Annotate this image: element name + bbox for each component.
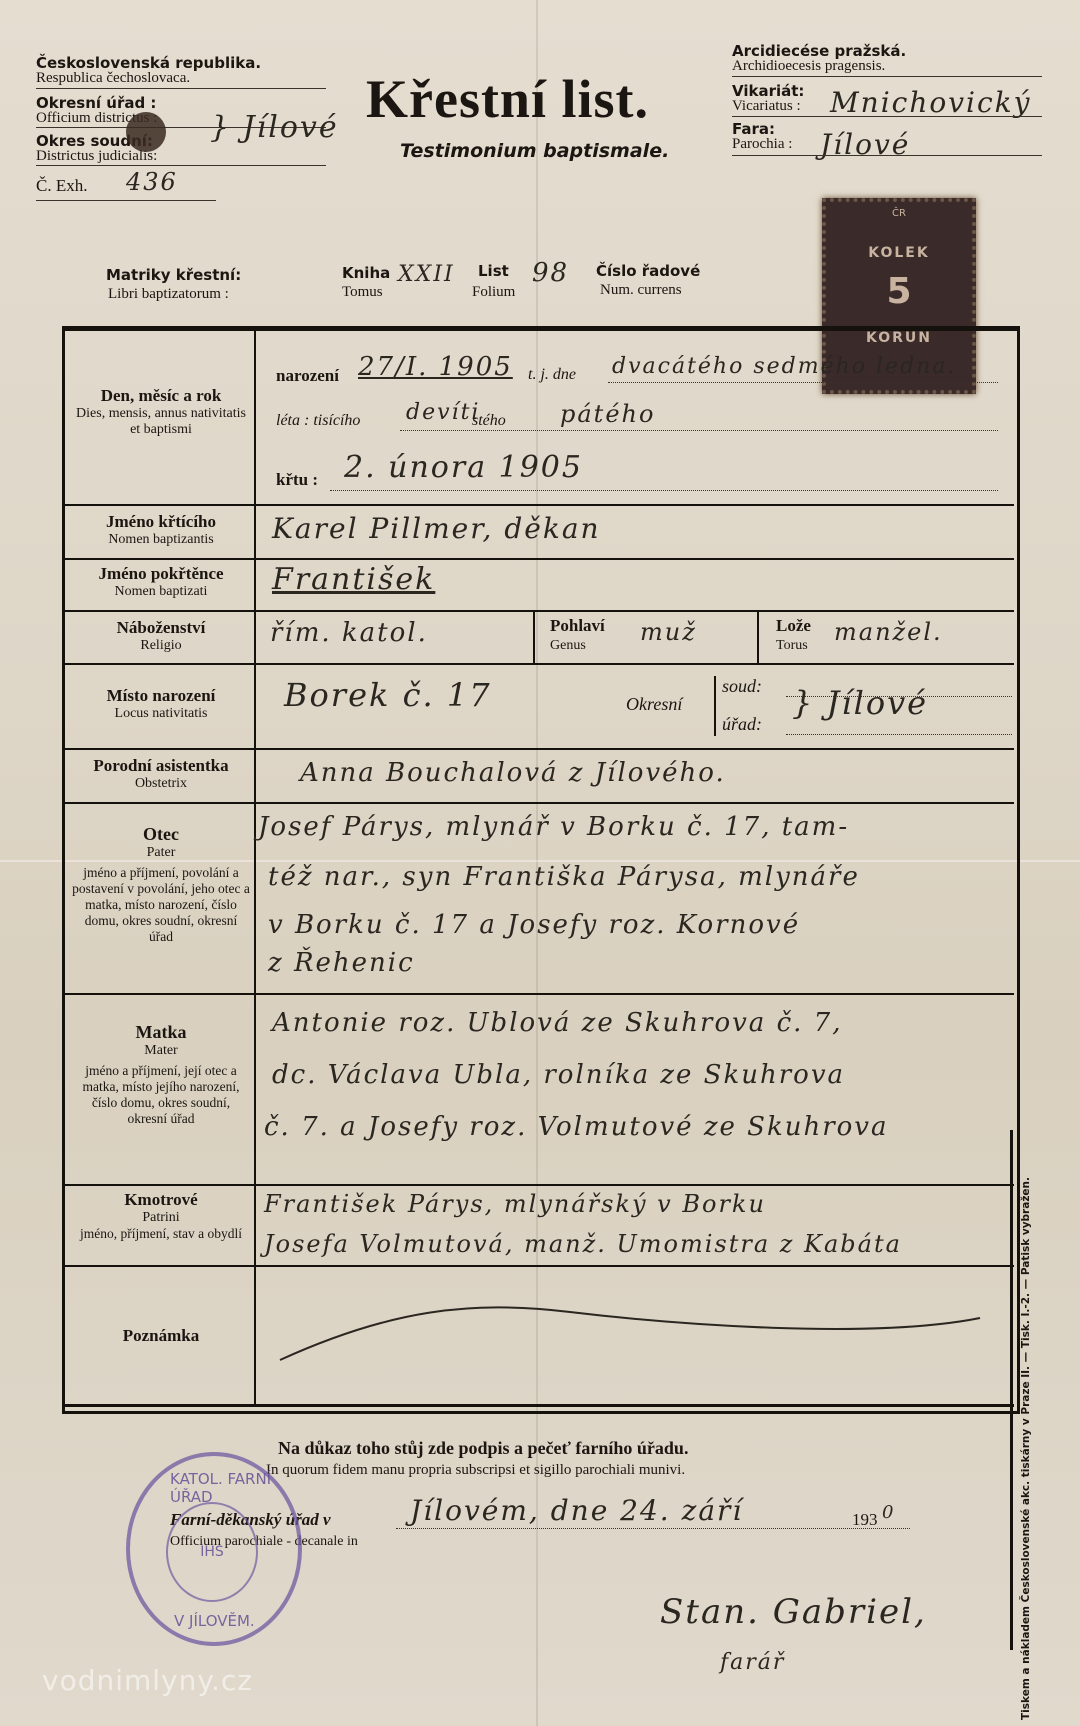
signature: Stan. Gabriel, [660, 1592, 927, 1632]
column-divider [757, 610, 759, 663]
mother-label: Matka Mater jméno a příjmení, její otec … [72, 1022, 250, 1127]
parish-value: Jílové [820, 128, 910, 161]
divider [36, 88, 326, 89]
father-line-1: Josef Párys, mlynář v Borku č. 17, tam- [258, 812, 849, 842]
district-value: } Jílové [210, 110, 339, 145]
attestation-la: In quorum fidem manu propria subscripsi … [266, 1462, 685, 1479]
baptizer-value: Karel Pillmer, děkan [272, 512, 601, 545]
baptizer-label-cz: Jméno křtícího [72, 512, 250, 532]
religion-value: řím. katol. [270, 618, 428, 648]
father-label: Otec Pater jméno a příjmení, povolání a … [72, 824, 250, 945]
year-mid-label: stého [472, 412, 506, 430]
sheet-label-cz: List [478, 262, 509, 280]
column-divider [254, 331, 256, 1406]
baptism-label: křtu : [276, 470, 318, 490]
birthplace-label: Místo narození Locus nativitatis [72, 686, 250, 722]
registry-label-la: Libri baptizatorum : [108, 286, 229, 303]
birthplace-value: Borek č. 17 [284, 676, 492, 714]
baptized-label-cz: Jméno pokřtěnce [72, 564, 250, 584]
serial-number-label-la: Num. currens [600, 282, 682, 299]
baptized-value: František [272, 562, 435, 597]
seal-bottom-text: V JÍLOVĚM. [174, 1612, 255, 1630]
father-line-2: též nar., syn Františka Párysa, mlynáře [268, 862, 860, 892]
tj-label: t. j. dne [528, 366, 576, 384]
birth-district-value: } Jílové [792, 684, 928, 722]
dotted-line [608, 382, 998, 383]
row-divider [65, 558, 1014, 560]
brace [714, 676, 716, 736]
sex-value: muž [640, 618, 697, 646]
vicariate-label-la: Vicariatus : [732, 98, 801, 115]
divider [732, 76, 1042, 77]
row-divider [65, 1265, 1014, 1267]
court-label: soud: [722, 676, 762, 697]
religion-label: Náboženství Religio [72, 618, 250, 654]
ink-blot [126, 112, 166, 152]
book-label-la: Tomus [342, 284, 383, 301]
tax-stamp-label: KOLEK [826, 245, 972, 261]
father-line-3: v Borku č. 17 a Josefy roz. Kornové [268, 910, 800, 940]
baptized-label: Jméno pokřtěnce Nomen baptizati [72, 564, 250, 600]
seal-center: IHS [166, 1502, 258, 1602]
godparents-label-la: Patrini [72, 1210, 250, 1226]
divider [36, 200, 216, 201]
year-suffix-value: 0 [882, 1502, 895, 1523]
birth-date-value: 27/I. 1905 [358, 352, 513, 382]
attestation-cz: Na důkaz toho stůj zde podpis a pečeť fa… [278, 1438, 688, 1459]
dotted-line [786, 734, 1012, 735]
side-rule [1010, 1130, 1013, 1650]
place-date-value: Jílovém, dne 24. září [410, 1494, 743, 1527]
baptizer-label-la: Nomen baptizantis [72, 532, 250, 548]
printer-note: Tiskem a nákladem Československé akc. ti… [1020, 1040, 1032, 1720]
date-label-cz: Den, měsíc a rok [72, 386, 250, 406]
father-description: jméno a příjmení, povolání a postavení v… [72, 865, 250, 945]
row-divider [65, 993, 1014, 995]
godparents-label-cz: Kmotrové [72, 1190, 250, 1210]
sheet-value: 98 [532, 258, 569, 288]
midwife-label-la: Obstetrix [72, 776, 250, 792]
religion-label-cz: Náboženství [72, 618, 250, 638]
baptizer-label: Jméno křtícího Nomen baptizantis [72, 512, 250, 548]
mother-line-1: Antonie roz. Ublová ze Skuhrova č. 7, [272, 1008, 842, 1038]
sex-label-cz: Pohlaví [550, 616, 605, 636]
divider [732, 116, 1042, 117]
row-divider [65, 802, 1014, 804]
row-divider [65, 748, 1014, 750]
tax-stamp-top: ČR [826, 208, 972, 219]
midwife-label-cz: Porodní asistentka [72, 756, 250, 776]
godparents-label: Kmotrové Patrini jméno, příjmení, stav a… [72, 1190, 250, 1242]
tax-stamp-value: 5 [826, 271, 972, 312]
divider [36, 165, 326, 166]
dotted-line [330, 490, 998, 491]
archdiocese-label-la: Archidioecesis pragensis. [732, 58, 885, 75]
religion-label-la: Religio [72, 638, 250, 654]
column-divider [533, 610, 535, 663]
exhibit-label: Č. Exh. [36, 176, 87, 196]
mother-label-cz: Matka [72, 1022, 250, 1043]
birthplace-label-la: Locus nativitatis [72, 706, 250, 722]
mother-label-la: Mater [72, 1043, 250, 1059]
seal-center-text: IHS [200, 1544, 224, 1560]
year-value-hundreds: devíti [406, 400, 480, 425]
office-label: úřad: [722, 714, 762, 735]
dotted-line [396, 1528, 910, 1529]
exhibit-number: 436 [126, 168, 178, 196]
parish-label-la: Parochia : [732, 136, 792, 153]
parish-seal: KATOL. FARNÍ ÚŘAD IHS V JÍLOVĚM. [126, 1452, 302, 1646]
vicariate-value: Mnichovický [830, 86, 1031, 119]
serial-number-label-cz: Číslo řadové [596, 262, 700, 280]
dotted-line [400, 430, 998, 431]
year-label: léta : tisícího [276, 412, 360, 430]
row-divider [65, 663, 1014, 665]
note-label: Poznámka [72, 1326, 250, 1346]
year-value-units: pátého [560, 400, 655, 428]
baptized-label-la: Nomen baptizati [72, 584, 250, 600]
father-label-la: Pater [72, 845, 250, 861]
sheet-label-la: Folium [472, 284, 515, 301]
midwife-label: Porodní asistentka Obstetrix [72, 756, 250, 792]
okresni-label: Okresní [626, 694, 682, 715]
row-divider [65, 1184, 1014, 1186]
baptism-date-value: 2. února 1905 [344, 450, 583, 485]
seal-top-text: KATOL. FARNÍ ÚŘAD [170, 1470, 298, 1506]
registry-label-cz: Matriky křestní: [106, 266, 241, 284]
row-divider [65, 1404, 1014, 1407]
document-title-latin: Testimonium baptismale. [400, 140, 669, 162]
father-label-cz: Otec [72, 824, 250, 845]
row-divider [65, 504, 1014, 506]
book-label-cz: Kniha [342, 264, 390, 282]
watermark: vodnimlyny.cz [42, 1664, 253, 1697]
mother-line-3: č. 7. a Josefy roz. Volmutové ze Skuhrov… [264, 1112, 889, 1142]
bed-label-la: Torus [776, 638, 808, 654]
signature-title: farář [720, 1650, 785, 1675]
row-divider [65, 610, 1014, 612]
year-prefix: 193 [852, 1510, 878, 1530]
godparents-description: jméno, příjmení, stav a obydlí [72, 1226, 250, 1242]
date-label-la: Dies, mensis, annus nativitatis et bapti… [72, 406, 250, 438]
note-strike-line [270, 1300, 990, 1370]
birthplace-label-cz: Místo narození [72, 686, 250, 706]
document-title: Křestní list. [366, 68, 649, 130]
bed-label-cz: Lože [776, 616, 811, 636]
book-value: XXII [398, 262, 455, 287]
father-line-4: z Řehenic [268, 948, 415, 978]
midwife-value: Anna Bouchalová z Jílového. [300, 758, 726, 788]
baptism-certificate: Československá republika. Respublica čec… [0, 0, 1080, 1726]
bed-value: manžel. [834, 618, 943, 646]
godparent-line-2: Josefa Volmutová, manž. Umomistra z Kabá… [264, 1230, 902, 1258]
divider [732, 155, 1042, 156]
note-label-cz: Poznámka [72, 1326, 250, 1346]
godparent-line-1: František Párys, mlynářský v Borku [264, 1190, 766, 1218]
date-label: Den, měsíc a rok Dies, mensis, annus nat… [72, 386, 250, 438]
sex-label-la: Genus [550, 638, 586, 654]
mother-line-2: dc. Václava Ubla, rolníka ze Skuhrova [272, 1060, 845, 1090]
republic-label-la: Respublica čechoslovaca. [36, 70, 190, 87]
birth-date-words: dvacátého sedmého ledna. [612, 354, 956, 379]
mother-description: jméno a příjmení, její otec a matka, mís… [72, 1063, 250, 1127]
birth-label: narození [276, 366, 339, 386]
